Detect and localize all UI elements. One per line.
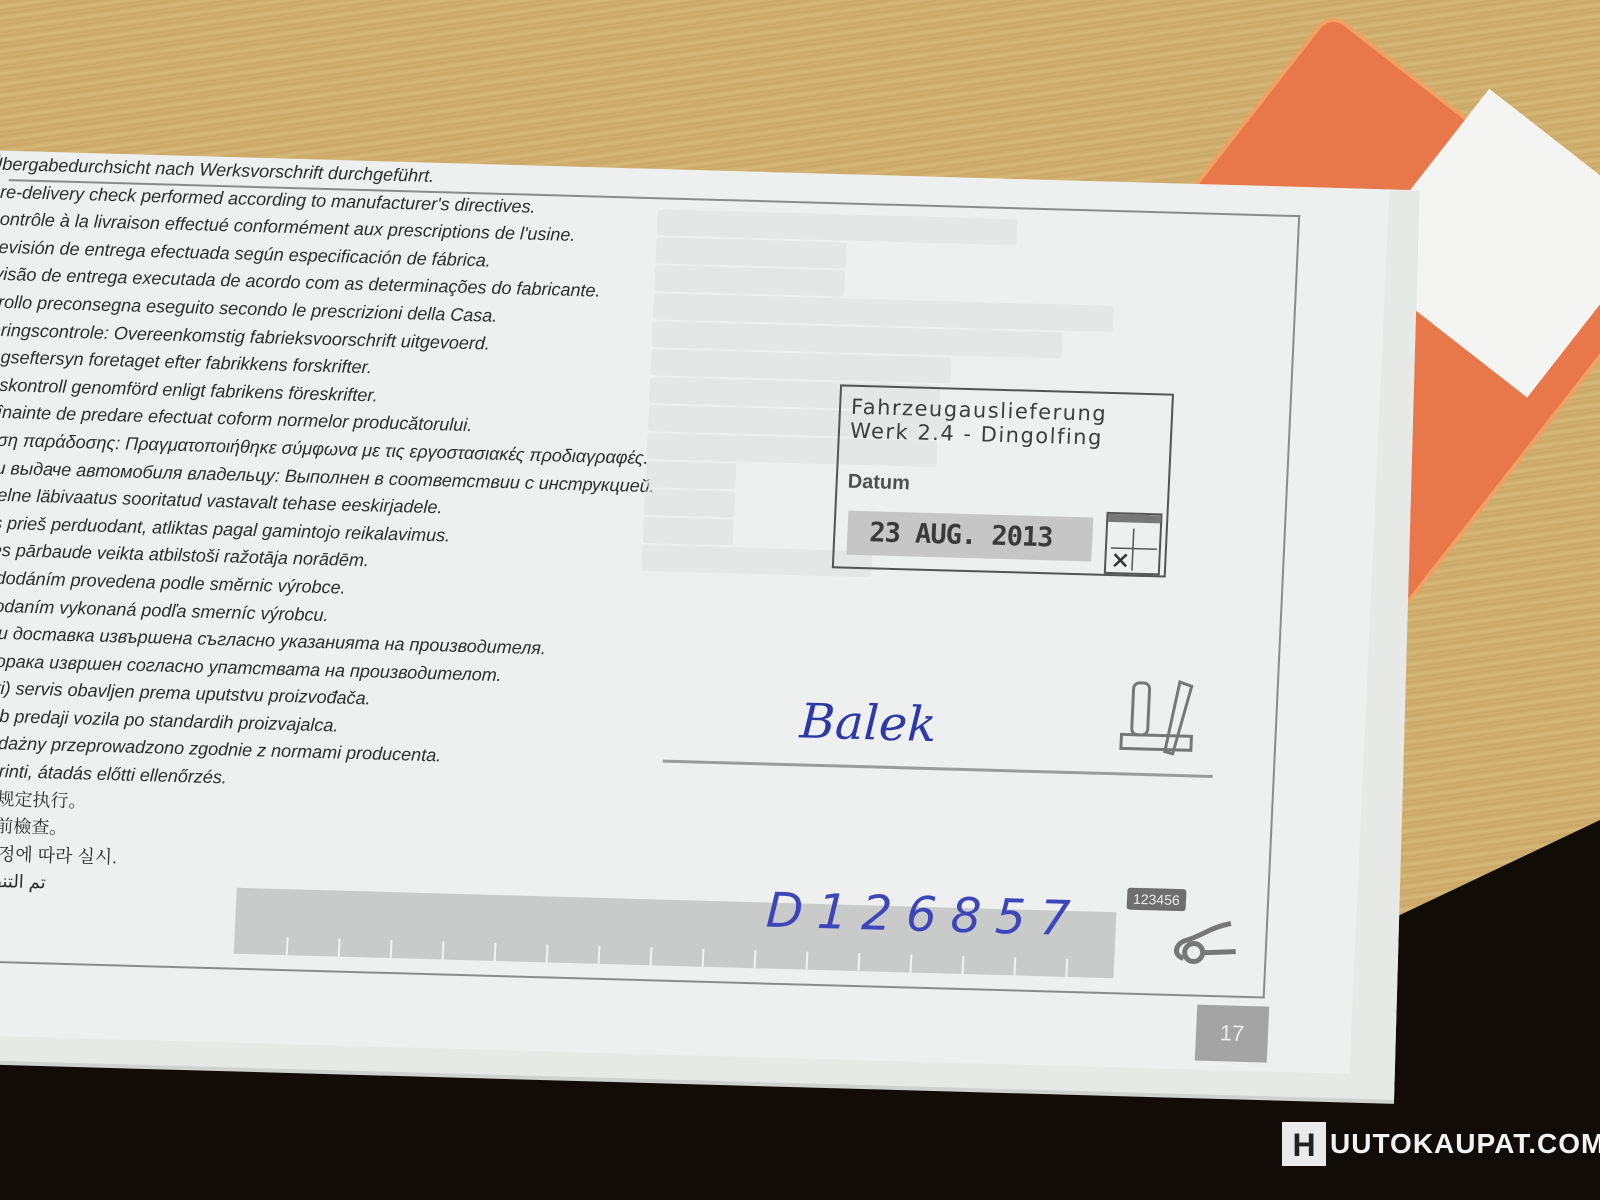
- watermark-text: UUTOKAUPAT.COM: [1330, 1128, 1600, 1160]
- handwritten-vin: D126857: [765, 883, 1086, 948]
- delivery-stamp: Fahrzeugauslieferung Werk 2.4 - Dingolfi…: [832, 384, 1174, 577]
- vin-char-divider: [442, 942, 445, 960]
- number-tag: 123456: [1127, 888, 1187, 912]
- vin-char-divider: [910, 955, 913, 973]
- vin-char-divider: [1065, 959, 1068, 977]
- stamp-date-value: 23 AUG. 2013: [846, 511, 1093, 562]
- watermark-logo-icon: H: [1282, 1122, 1326, 1166]
- car-key-icon: [1169, 912, 1252, 974]
- vin-char-divider: [546, 944, 549, 962]
- stamp-date-label: Datum: [847, 471, 1168, 503]
- vin-char-divider: [961, 956, 964, 974]
- vin-char-divider: [338, 939, 341, 957]
- vin-char-divider: [286, 937, 289, 955]
- vin-char-divider: [650, 947, 653, 965]
- vin-char-divider: [390, 940, 393, 958]
- page-number: 17: [1195, 1005, 1270, 1063]
- vin-char-divider: [598, 946, 601, 964]
- vin-char-divider: [858, 953, 861, 971]
- vin-char-divider: [806, 952, 809, 970]
- signature: Balek: [799, 693, 938, 753]
- stamp-and-pen-icon: [1118, 672, 1212, 764]
- vin-char-divider: [494, 943, 497, 961]
- watermark: H UUTOKAUPAT.COM: [1282, 1122, 1600, 1166]
- calendar-icon: [1104, 512, 1163, 576]
- vin-char-divider: [1013, 957, 1016, 975]
- booklet-page: Übergabedurchsicht nach Werksvorschrift …: [0, 150, 1389, 1074]
- vin-char-divider: [754, 950, 757, 968]
- vin-char-divider: [702, 949, 705, 967]
